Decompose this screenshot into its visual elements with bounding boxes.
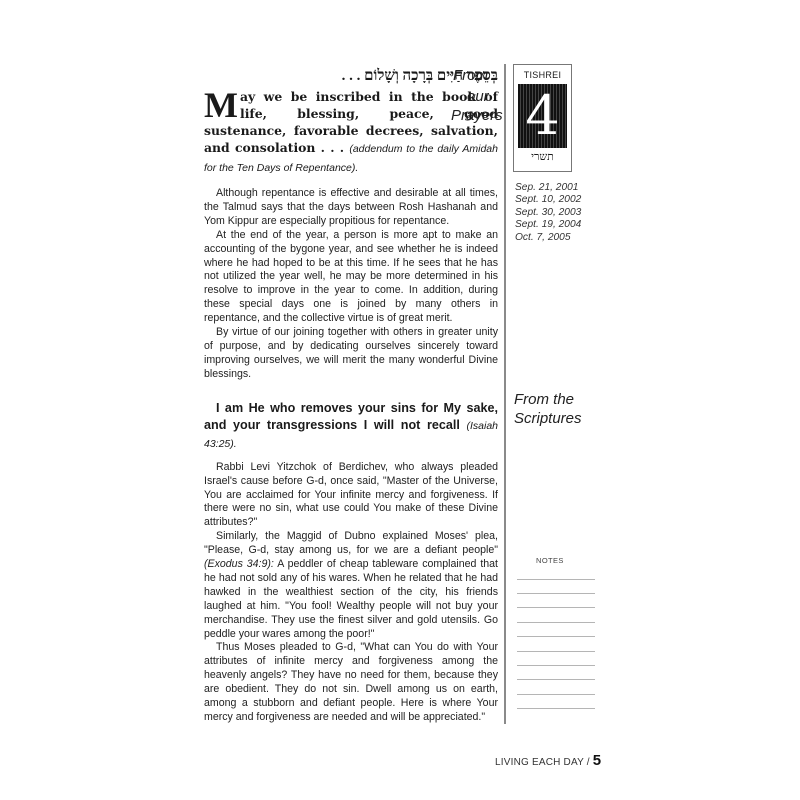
prayers-commentary: Although repentance is effective and des… xyxy=(204,187,498,382)
calendar-month: TISHREI xyxy=(514,70,571,82)
exodus-reference: (Exodus 34:9): xyxy=(204,558,274,570)
scripture-verse-text: I am He who removes your sins for My sak… xyxy=(204,401,498,432)
paragraph: Although repentance is effective and des… xyxy=(204,187,498,229)
calendar-day-block: 4 xyxy=(518,84,567,148)
main-column: בְּסֵפֶר חַיִּים בְּרָכָה וְשָׁלוֹם . . … xyxy=(204,66,498,725)
prayer-quote: May we be inscribed in the book of life,… xyxy=(204,88,498,177)
book-title: LIVING EACH DAY / xyxy=(495,757,590,768)
paragraph: Thus Moses pleaded to G-d, "What can You… xyxy=(204,641,498,724)
notes-line xyxy=(517,694,595,695)
paragraph-text: Similarly, the Maggid of Dubno explained… xyxy=(204,530,498,556)
civil-date: Sept. 10, 2002 xyxy=(515,194,581,206)
civil-dates-list: Sep. 21, 2001 Sept. 10, 2002 Sept. 30, 2… xyxy=(515,182,581,244)
calendar-day: 4 xyxy=(525,89,559,143)
side-label-prayers: Prayers xyxy=(451,106,503,125)
civil-date: Sep. 21, 2001 xyxy=(515,182,581,194)
civil-date: Oct. 7, 2005 xyxy=(515,232,581,244)
column-divider xyxy=(504,64,506,724)
notes-line xyxy=(517,679,595,680)
civil-date: Sept. 30, 2003 xyxy=(515,207,581,219)
scriptures-commentary: Rabbi Levi Yitzchok of Berdichev, who al… xyxy=(204,461,498,725)
civil-date: Sept. 19, 2004 xyxy=(515,219,581,231)
paragraph: Rabbi Levi Yitzchok of Berdichev, who al… xyxy=(204,461,498,531)
notes-line xyxy=(517,593,595,594)
calendar-box: TISHREI 4 תשרי xyxy=(513,64,572,172)
drop-cap: M xyxy=(204,90,238,120)
scripture-verse: I am He who removes your sins for My sak… xyxy=(204,400,498,453)
side-label-our: our xyxy=(467,87,489,106)
notes-line xyxy=(517,665,595,666)
side-label-from: From xyxy=(453,66,488,85)
paragraph: By virtue of our joining together with o… xyxy=(204,326,498,382)
running-footer: LIVING EACH DAY / 5 xyxy=(495,752,601,769)
notes-line xyxy=(517,622,595,623)
paragraph: Similarly, the Maggid of Dubno explained… xyxy=(204,530,498,641)
notes-line xyxy=(517,579,595,580)
notes-line xyxy=(517,708,595,709)
side-label-from-the: From the xyxy=(514,390,574,409)
notes-line xyxy=(517,651,595,652)
book-page: בְּסֵפֶר חַיִּים בְּרָכָה וְשָׁלוֹם . . … xyxy=(0,0,800,800)
calendar-month-hebrew: תשרי xyxy=(514,151,571,163)
page-number: 5 xyxy=(593,752,602,769)
paragraph: At the end of the year, a person is more… xyxy=(204,229,498,326)
paragraph-text: A peddler of cheap tableware complained … xyxy=(204,558,498,640)
notes-line xyxy=(517,636,595,637)
side-label-scriptures: Scriptures xyxy=(514,409,582,428)
notes-label: NOTES xyxy=(536,556,564,565)
notes-line xyxy=(517,607,595,608)
